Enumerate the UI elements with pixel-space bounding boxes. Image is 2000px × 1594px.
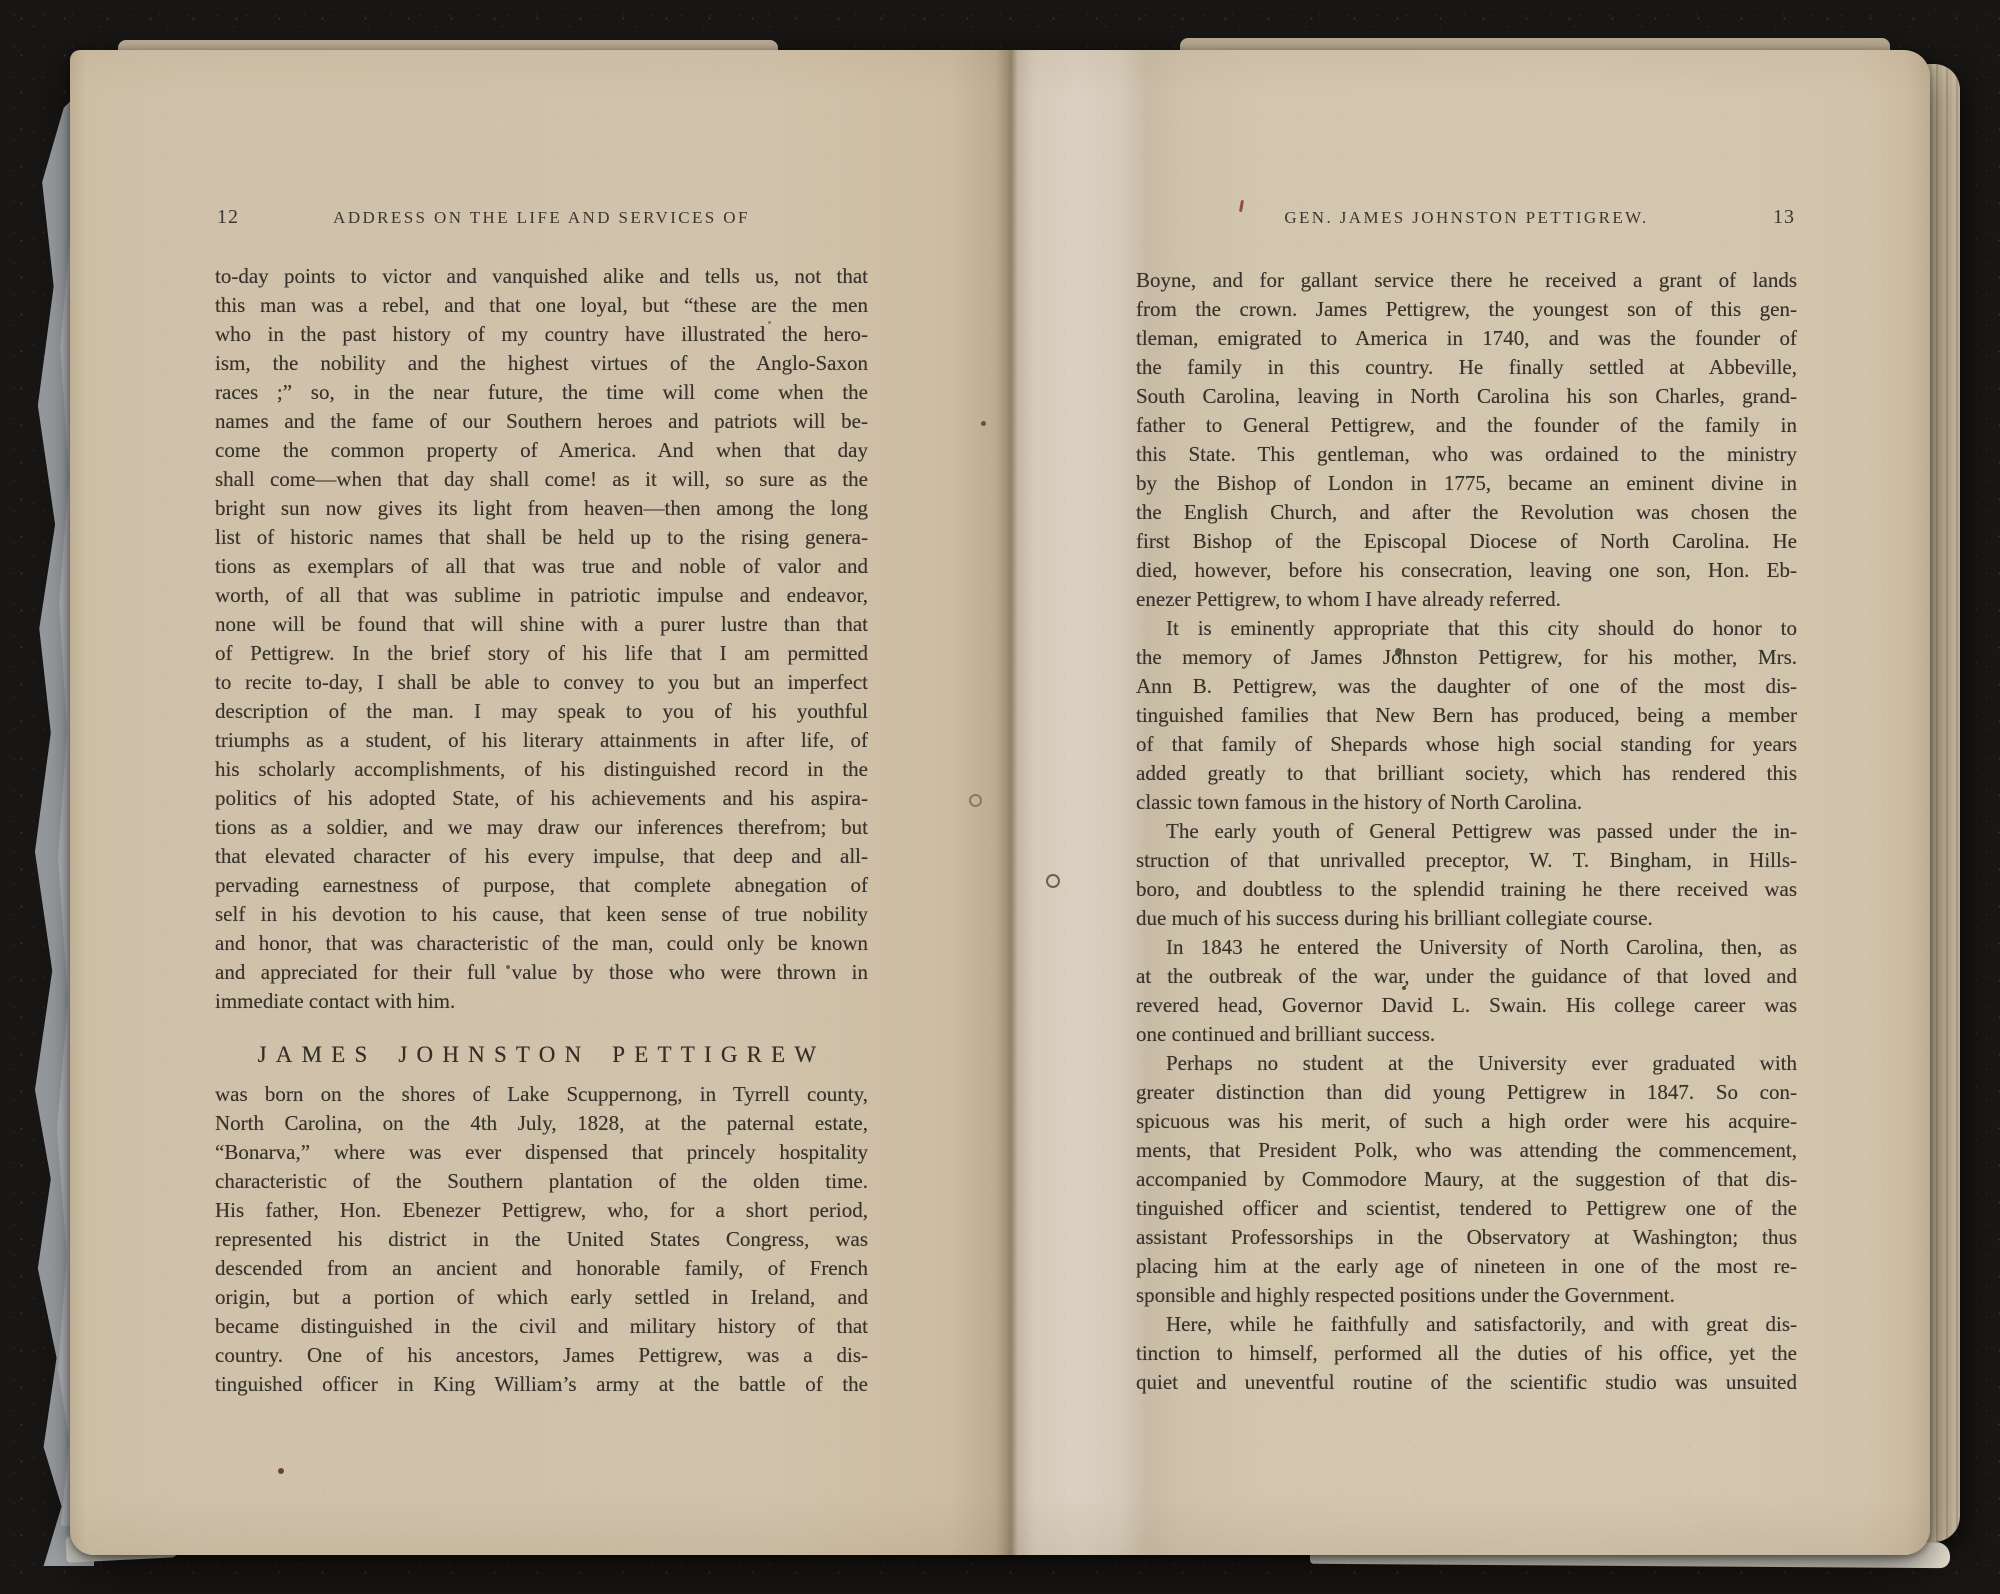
text-line: Here, while he faithfully and satisfacto… bbox=[1136, 1310, 1797, 1339]
text-line: placing him at the early age of nineteen… bbox=[1136, 1252, 1797, 1281]
text-line: from the crown. James Pettigrew, the you… bbox=[1136, 295, 1797, 324]
left-page: 12 ADDRESS ON THE LIFE AND SERVICES OF t… bbox=[215, 208, 868, 232]
text-line: assistant Professorships in the Observat… bbox=[1136, 1223, 1797, 1252]
text-line: by the Bishop of London in 1775, became … bbox=[1136, 469, 1797, 498]
text-line: bright sun now gives its light from heav… bbox=[215, 494, 868, 523]
text-line: country. One of his ancestors, James Pet… bbox=[215, 1341, 868, 1370]
text-line: come the common property of America. And… bbox=[215, 436, 868, 465]
text-line: greater distinction than did young Petti… bbox=[1136, 1078, 1797, 1107]
text-line: worth, of all that was sublime in patrio… bbox=[215, 581, 868, 610]
text-line: tinction to himself, performed all the d… bbox=[1136, 1339, 1797, 1368]
right-page-text: Boyne, and for gallant service there he … bbox=[1136, 266, 1797, 1397]
text-line: added greatly to that brilliant society,… bbox=[1136, 759, 1797, 788]
text-line: “Bonarva,” where was ever dispensed that… bbox=[215, 1138, 868, 1167]
text-line: Ann B. Pettigrew, was the daughter of on… bbox=[1136, 672, 1797, 701]
paper-speck bbox=[278, 1468, 284, 1474]
text-line: Boyne, and for gallant service there he … bbox=[1136, 266, 1797, 295]
left-page-text: to-day points to victor and vanquished a… bbox=[215, 262, 868, 1399]
page-number-right: 13 bbox=[1773, 206, 1795, 229]
paragraph: Perhaps no student at the University eve… bbox=[1136, 1049, 1797, 1310]
text-line: triumphs as a student, of his literary a… bbox=[215, 726, 868, 755]
paper-speck-ring bbox=[969, 794, 982, 807]
text-line: spicuous was his merit, of such a high o… bbox=[1136, 1107, 1797, 1136]
text-line: description of the man. I may speak to y… bbox=[215, 697, 868, 726]
text-line: father to General Pettigrew, and the fou… bbox=[1136, 411, 1797, 440]
text-line: tinguished officer in King William’s arm… bbox=[215, 1370, 868, 1399]
text-line: tleman, emigrated to America in 1740, an… bbox=[1136, 324, 1797, 353]
running-head-right: GEN. JAMES JOHNSTON PETTIGREW. 13 bbox=[1136, 208, 1797, 232]
text-line: was born on the shores of Lake Scupperno… bbox=[215, 1080, 868, 1109]
text-line: of that family of Shepards whose high so… bbox=[1136, 730, 1797, 759]
text-line: The early youth of General Pettigrew was… bbox=[1136, 817, 1797, 846]
text-line: immediate contact with him. bbox=[215, 987, 868, 1016]
text-line: classic town famous in the history of No… bbox=[1136, 788, 1797, 817]
text-line: one continued and brilliant success. bbox=[1136, 1020, 1797, 1049]
book-spread-photo: 12 ADDRESS ON THE LIFE AND SERVICES OF t… bbox=[0, 0, 2000, 1594]
text-line: the English Church, and after the Revolu… bbox=[1136, 498, 1797, 527]
text-line: accompanied by Commodore Maury, at the s… bbox=[1136, 1165, 1797, 1194]
text-line: tinguished officer and scientist, tender… bbox=[1136, 1194, 1797, 1223]
text-line: and honor, that was characteristic of th… bbox=[215, 929, 868, 958]
right-page: GEN. JAMES JOHNSTON PETTIGREW. 13 Boyne,… bbox=[1136, 208, 1797, 232]
text-line: of Pettigrew. In the brief story of his … bbox=[215, 639, 868, 668]
text-line: His father, Hon. Ebenezer Pettigrew, who… bbox=[215, 1196, 868, 1225]
text-line: sponsible and highly respected positions… bbox=[1136, 1281, 1797, 1310]
paper-speck bbox=[506, 965, 510, 969]
text-line: the family in this country. He finally s… bbox=[1136, 353, 1797, 382]
text-line: enezer Pettigrew, to whom I have already… bbox=[1136, 585, 1797, 614]
text-line: none will be found that will shine with … bbox=[215, 610, 868, 639]
text-line: revered head, Governor David L. Swain. H… bbox=[1136, 991, 1797, 1020]
text-line: due much of his success during his brill… bbox=[1136, 904, 1797, 933]
running-header-right: GEN. JAMES JOHNSTON PETTIGREW. bbox=[1136, 208, 1797, 228]
text-line: politics of his adopted State, of his ac… bbox=[215, 784, 868, 813]
paragraph: Here, while he faithfully and satisfacto… bbox=[1136, 1310, 1797, 1397]
text-line: tions as a soldier, and we may draw our … bbox=[215, 813, 868, 842]
paragraph: Boyne, and for gallant service there he … bbox=[1136, 266, 1797, 614]
text-line: first Bishop of the Episcopal Diocese of… bbox=[1136, 527, 1797, 556]
text-line: names and the fame of our Southern heroe… bbox=[215, 407, 868, 436]
paper-speck bbox=[768, 321, 771, 324]
text-line: characteristic of the Southern plantatio… bbox=[215, 1167, 868, 1196]
text-line: this man was a rebel, and that one loyal… bbox=[215, 291, 868, 320]
text-line: his scholarly accomplishments, of his di… bbox=[215, 755, 868, 784]
page-number-left: 12 bbox=[217, 206, 239, 229]
section-heading: JAMES JOHNSTON PETTIGREW bbox=[215, 1038, 868, 1072]
paragraph: was born on the shores of Lake Scupperno… bbox=[215, 1080, 868, 1399]
text-line: Perhaps no student at the University eve… bbox=[1136, 1049, 1797, 1078]
paragraph: It is eminently appropriate that this ci… bbox=[1136, 614, 1797, 817]
text-line: South Carolina, leaving in North Carolin… bbox=[1136, 382, 1797, 411]
paragraph: to-day points to victor and vanquished a… bbox=[215, 262, 868, 1016]
text-line: the memory of James Johnston Pettigrew, … bbox=[1136, 643, 1797, 672]
ink-blot bbox=[1395, 648, 1402, 656]
text-line: descended from an ancient and honorable … bbox=[215, 1254, 868, 1283]
text-line: origin, but a portion of which early set… bbox=[215, 1283, 868, 1312]
text-line: self in his devotion to his cause, that … bbox=[215, 900, 868, 929]
text-line: races ;” so, in the near future, the tim… bbox=[215, 378, 868, 407]
text-line: became distinguished in the civil and mi… bbox=[215, 1312, 868, 1341]
text-line: at the outbreak of the war, under the gu… bbox=[1136, 962, 1797, 991]
text-line: In 1843 he entered the University of Nor… bbox=[1136, 933, 1797, 962]
text-line: shall come—when that day shall come! as … bbox=[215, 465, 868, 494]
text-line: It is eminently appropriate that this ci… bbox=[1136, 614, 1797, 643]
text-line: to-day points to victor and vanquished a… bbox=[215, 262, 868, 291]
text-line: this State. This gentleman, who was orda… bbox=[1136, 440, 1797, 469]
text-line: tinguished families that New Bern has pr… bbox=[1136, 701, 1797, 730]
text-line: ments, that President Polk, who was atte… bbox=[1136, 1136, 1797, 1165]
paper-speck-ring bbox=[1046, 874, 1060, 888]
running-head-left: 12 ADDRESS ON THE LIFE AND SERVICES OF bbox=[215, 208, 868, 232]
text-line: ism, the nobility and the highest virtue… bbox=[215, 349, 868, 378]
text-line: died, however, before his consecration, … bbox=[1136, 556, 1797, 585]
text-line: tions as exemplars of all that was true … bbox=[215, 552, 868, 581]
text-line: struction of that unrivalled preceptor, … bbox=[1136, 846, 1797, 875]
paragraph: The early youth of General Pettigrew was… bbox=[1136, 817, 1797, 933]
text-line: quiet and uneventful routine of the scie… bbox=[1136, 1368, 1797, 1397]
text-line: to recite to-day, I shall be able to con… bbox=[215, 668, 868, 697]
text-line: pervading earnestness of purpose, that c… bbox=[215, 871, 868, 900]
paragraph: In 1843 he entered the University of Nor… bbox=[1136, 933, 1797, 1049]
text-line: represented his district in the United S… bbox=[215, 1225, 868, 1254]
text-line: who in the past history of my country ha… bbox=[215, 320, 868, 349]
running-header-left: ADDRESS ON THE LIFE AND SERVICES OF bbox=[215, 208, 868, 228]
text-line: North Carolina, on the 4th July, 1828, a… bbox=[215, 1109, 868, 1138]
text-line: and appreciated for their full value by … bbox=[215, 958, 868, 987]
paper-speck bbox=[1402, 986, 1406, 990]
text-line: list of historic names that shall be hel… bbox=[215, 523, 868, 552]
text-line: that elevated character of his every imp… bbox=[215, 842, 868, 871]
text-line: boro, and doubtless to the splendid trai… bbox=[1136, 875, 1797, 904]
paper-speck bbox=[981, 421, 986, 426]
